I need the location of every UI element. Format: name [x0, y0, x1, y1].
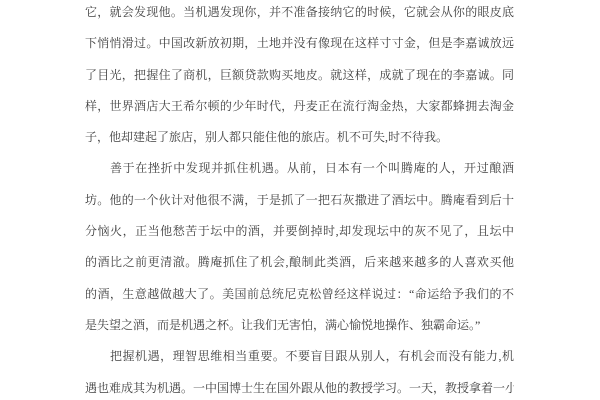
text-line: 是失望之酒，而是机遇之杯。让我们无害怕，满心愉悦地操作、独霸命运。” [85, 310, 514, 341]
text-line: 遇也难成其为机遇。一中国博士生在国外跟从他的教授学习。一天，教授拿着一小 [85, 373, 514, 400]
text-line: 的酒比之前更清澈。腾庵抓住了机会,酿制此类酒，后来越来越多的人喜欢买他 [85, 247, 514, 278]
text-line: 下悄悄滑过。中国改新放初期，土地并没有像现在这样寸寸金，但是李嘉诚放远 [85, 28, 514, 59]
text-line: 样，世界酒店大王希尔顿的少年时代，丹麦正在流行淘金热，大家都蜂拥去淘金 [85, 91, 514, 122]
text-line: 它，就会发现他。当机遇发现你，并不准备接纳它的时候，它就会从你的眼皮底 [85, 0, 514, 28]
text-line: 把握机遇，理智思维相当重要。不要盲目跟从别人，有机会而没有能力,机 [85, 341, 514, 372]
text-line: 善于在挫折中发现并抓住机遇。从前，日本有一个叫腾庵的人，开过酿酒 [85, 153, 514, 184]
text-line: 了目光，把握住了商机，巨额贷款购买地皮。就这样，成就了现在的李嘉诚。同 [85, 60, 514, 91]
document-page: 它，就会发现他。当机遇发现你，并不准备接纳它的时候，它就会从你的眼皮底 下悄悄滑… [85, 0, 514, 400]
text-line: 坊。他的一个伙计对他很不满，于是抓了一把石灰撒进了酒坛中。腾庵看到后十 [85, 185, 514, 216]
text-line: 的酒，生意越做越大了。美国前总统尼克松曾经这样说过：“命运给予我们的不 [85, 279, 514, 310]
text-line: 分恼火，正当他愁苦于坛中的酒，并要倒掉时,却发现坛中的灰不见了，且坛中 [85, 216, 514, 247]
text-line: 子，他却建起了旅店，别人都只能住他的旅店。机不可失,时不待我。 [85, 122, 514, 153]
